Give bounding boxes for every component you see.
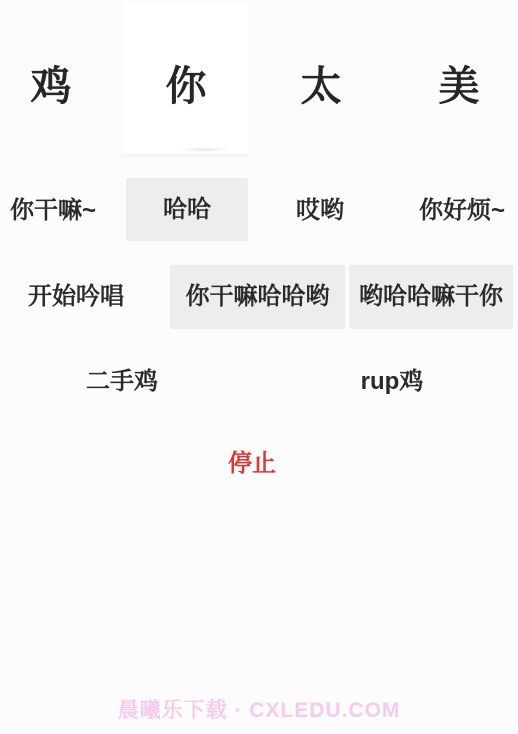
site-watermark: 晨曦乐下载 · CXLEDU.COM xyxy=(0,699,518,723)
sound-button-yohaha-maganni[interactable]: 哟哈哈嘛干你 xyxy=(349,265,513,329)
sound-button-niganma-hahayo-label: 你干嘛哈哈哟 xyxy=(186,284,330,310)
stop-button[interactable]: 停止 xyxy=(228,451,276,477)
sound-button-haha-label: 哈哈 xyxy=(163,197,211,223)
sound-button-haha[interactable]: 哈哈 xyxy=(126,178,248,241)
sound-button-nihaofan[interactable]: 你好烦~ xyxy=(419,198,505,224)
sound-button-ershouji[interactable]: 二手鸡 xyxy=(86,369,158,395)
sound-button-kaishiyinchang[interactable]: 开始吟唱 xyxy=(28,284,124,310)
title-option-ni[interactable]: 你 xyxy=(166,63,207,109)
sound-button-rupji[interactable]: rup鸡 xyxy=(361,369,424,395)
sound-button-aiyo[interactable]: 哎哟 xyxy=(296,198,344,224)
sound-button-niganma-hahayo[interactable]: 你干嘛哈哈哟 xyxy=(170,265,345,329)
sound-button-niganma[interactable]: 你干嘛~ xyxy=(10,198,96,224)
title-option-ji[interactable]: 鸡 xyxy=(31,63,72,109)
title-option-tai[interactable]: 太 xyxy=(301,63,342,109)
soundboard-screen: 鸡 你 太 美 你干嘛~ 哈哈 哎哟 你好烦~ 开始吟唱 你干嘛哈哈哟 哟哈哈嘛… xyxy=(0,0,518,734)
title-option-mei[interactable]: 美 xyxy=(439,63,480,109)
sound-button-yohaha-maganni-label: 哟哈哈嘛干你 xyxy=(359,284,503,310)
